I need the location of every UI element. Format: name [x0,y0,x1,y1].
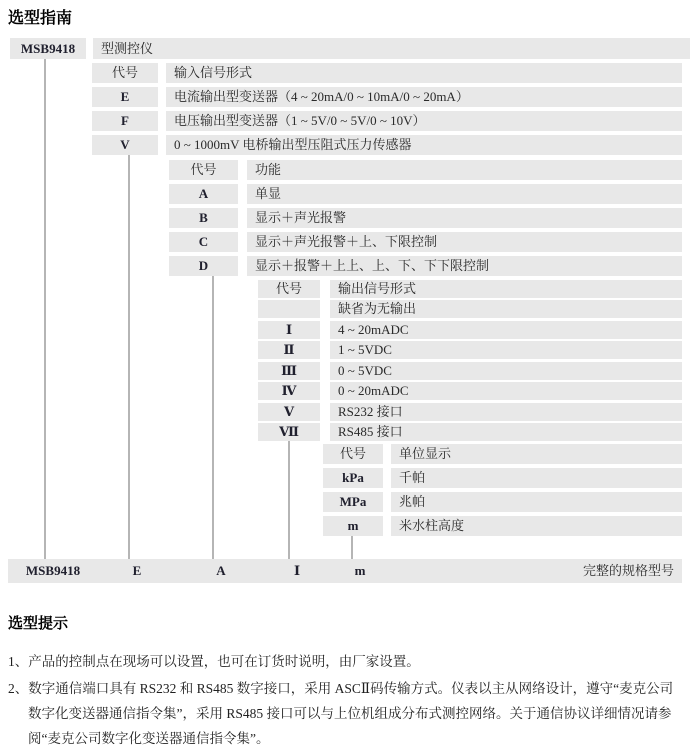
connector-line-output [288,441,290,559]
page-title: 选型指南 [8,5,72,28]
tips-title: 选型提示 [8,612,684,633]
function-row-code: C [169,232,238,252]
input-row-code: F [92,111,158,131]
tip-item-1: 1、产品的控制点在现场可以设置，也可在订货时说明，由厂家设置。 [8,649,684,674]
unit-header-code: 代号 [323,444,383,464]
unit-row-desc: 千帕 [391,468,682,488]
input-row-code: V [92,135,158,155]
document-page: 选型指南 MSB9418 型测控仪 代号 输入信号形式 E 电流输出型变送器（4… [0,0,692,754]
input-row-desc: 电压输出型变送器（1 ~ 5V/0 ~ 5V/0 ~ 10V） [166,111,682,131]
function-row-desc: 显示＋声光报警＋上、下限控制 [247,232,682,252]
function-header-desc: 功能 [247,160,682,180]
output-row-code: Ⅳ [258,382,320,400]
output-row-desc: 0 ~ 20mADC [330,382,682,400]
function-row-code: D [169,256,238,276]
full-spec-code-function: A [209,559,233,583]
unit-row-code: MPa [323,492,383,512]
function-row-desc: 显示＋声光报警 [247,208,682,228]
unit-header-desc: 单位显示 [391,444,682,464]
full-spec-model: MSB9418 [18,559,88,583]
output-row-code: Ⅶ [258,423,320,441]
output-header-code: 代号 [258,280,320,298]
unit-row-code: m [323,516,383,536]
connector-line-unit [351,536,353,559]
unit-row-desc: 米水柱高度 [391,516,682,536]
output-row-code: Ⅰ [258,321,320,339]
model-code-cell: MSB9418 [10,38,86,59]
function-header-code: 代号 [169,160,238,180]
connector-line-input [128,155,130,559]
input-row-code: E [92,87,158,107]
function-row-desc: 显示＋报警＋上上、上、下、下下限控制 [247,256,682,276]
unit-row-desc: 兆帕 [391,492,682,512]
function-row-desc: 单显 [247,184,682,204]
full-spec-code-output: Ⅰ [285,559,309,583]
output-row-desc: 4 ~ 20mADC [330,321,682,339]
tip-item-2: 2、数字通信端口具有 RS232 和 RS485 数字接口，采用 ASCⅡ码传输… [8,676,684,751]
full-spec-code-input: E [125,559,149,583]
full-spec-label: 完整的规格型号 [583,559,674,583]
input-header-code: 代号 [92,63,158,83]
output-row-desc: 缺省为无输出 [330,300,682,318]
connector-line-model [44,59,46,559]
output-row-desc: 1 ~ 5VDC [330,341,682,359]
output-row-code: Ⅴ [258,403,320,421]
unit-row-code: kPa [323,468,383,488]
output-row-code [258,300,320,318]
model-desc-cell: 型测控仪 [93,38,690,59]
function-row-code: A [169,184,238,204]
output-header-desc: 输出信号形式 [330,280,682,298]
input-row-desc: 0 ~ 1000mV 电桥输出型压阻式压力传感器 [166,135,682,155]
output-row-desc: 0 ~ 5VDC [330,362,682,380]
full-spec-code-unit: m [348,559,372,583]
input-header-desc: 输入信号形式 [166,63,682,83]
function-row-code: B [169,208,238,228]
output-row-desc: RS232 接口 [330,403,682,421]
full-spec-row: MSB9418 E A Ⅰ m 完整的规格型号 [8,559,682,583]
output-row-desc: RS485 接口 [330,423,682,441]
output-row-code: Ⅲ [258,362,320,380]
tips-section: 选型提示 1、产品的控制点在现场可以设置，也可在订货时说明，由厂家设置。 2、数… [8,612,684,753]
output-row-code: Ⅱ [258,341,320,359]
connector-line-function [212,276,214,559]
input-row-desc: 电流输出型变送器（4 ~ 20mA/0 ~ 10mA/0 ~ 20mA） [166,87,682,107]
